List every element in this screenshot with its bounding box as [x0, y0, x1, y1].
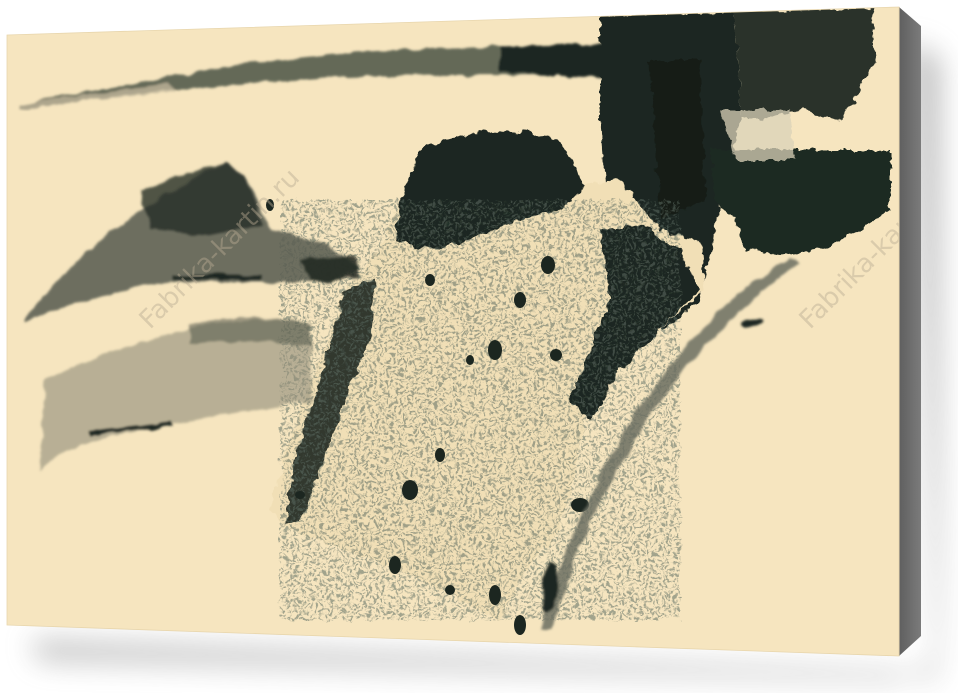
central-ink-splatter [270, 131, 705, 620]
canvas-side-edge [899, 7, 921, 656]
canvas-print-image: Fabrika-kartin.ru Fabrika-kartin.ru [0, 0, 958, 693]
canvas-face: Fabrika-kartin.ru Fabrika-kartin.ru [0, 0, 958, 693]
